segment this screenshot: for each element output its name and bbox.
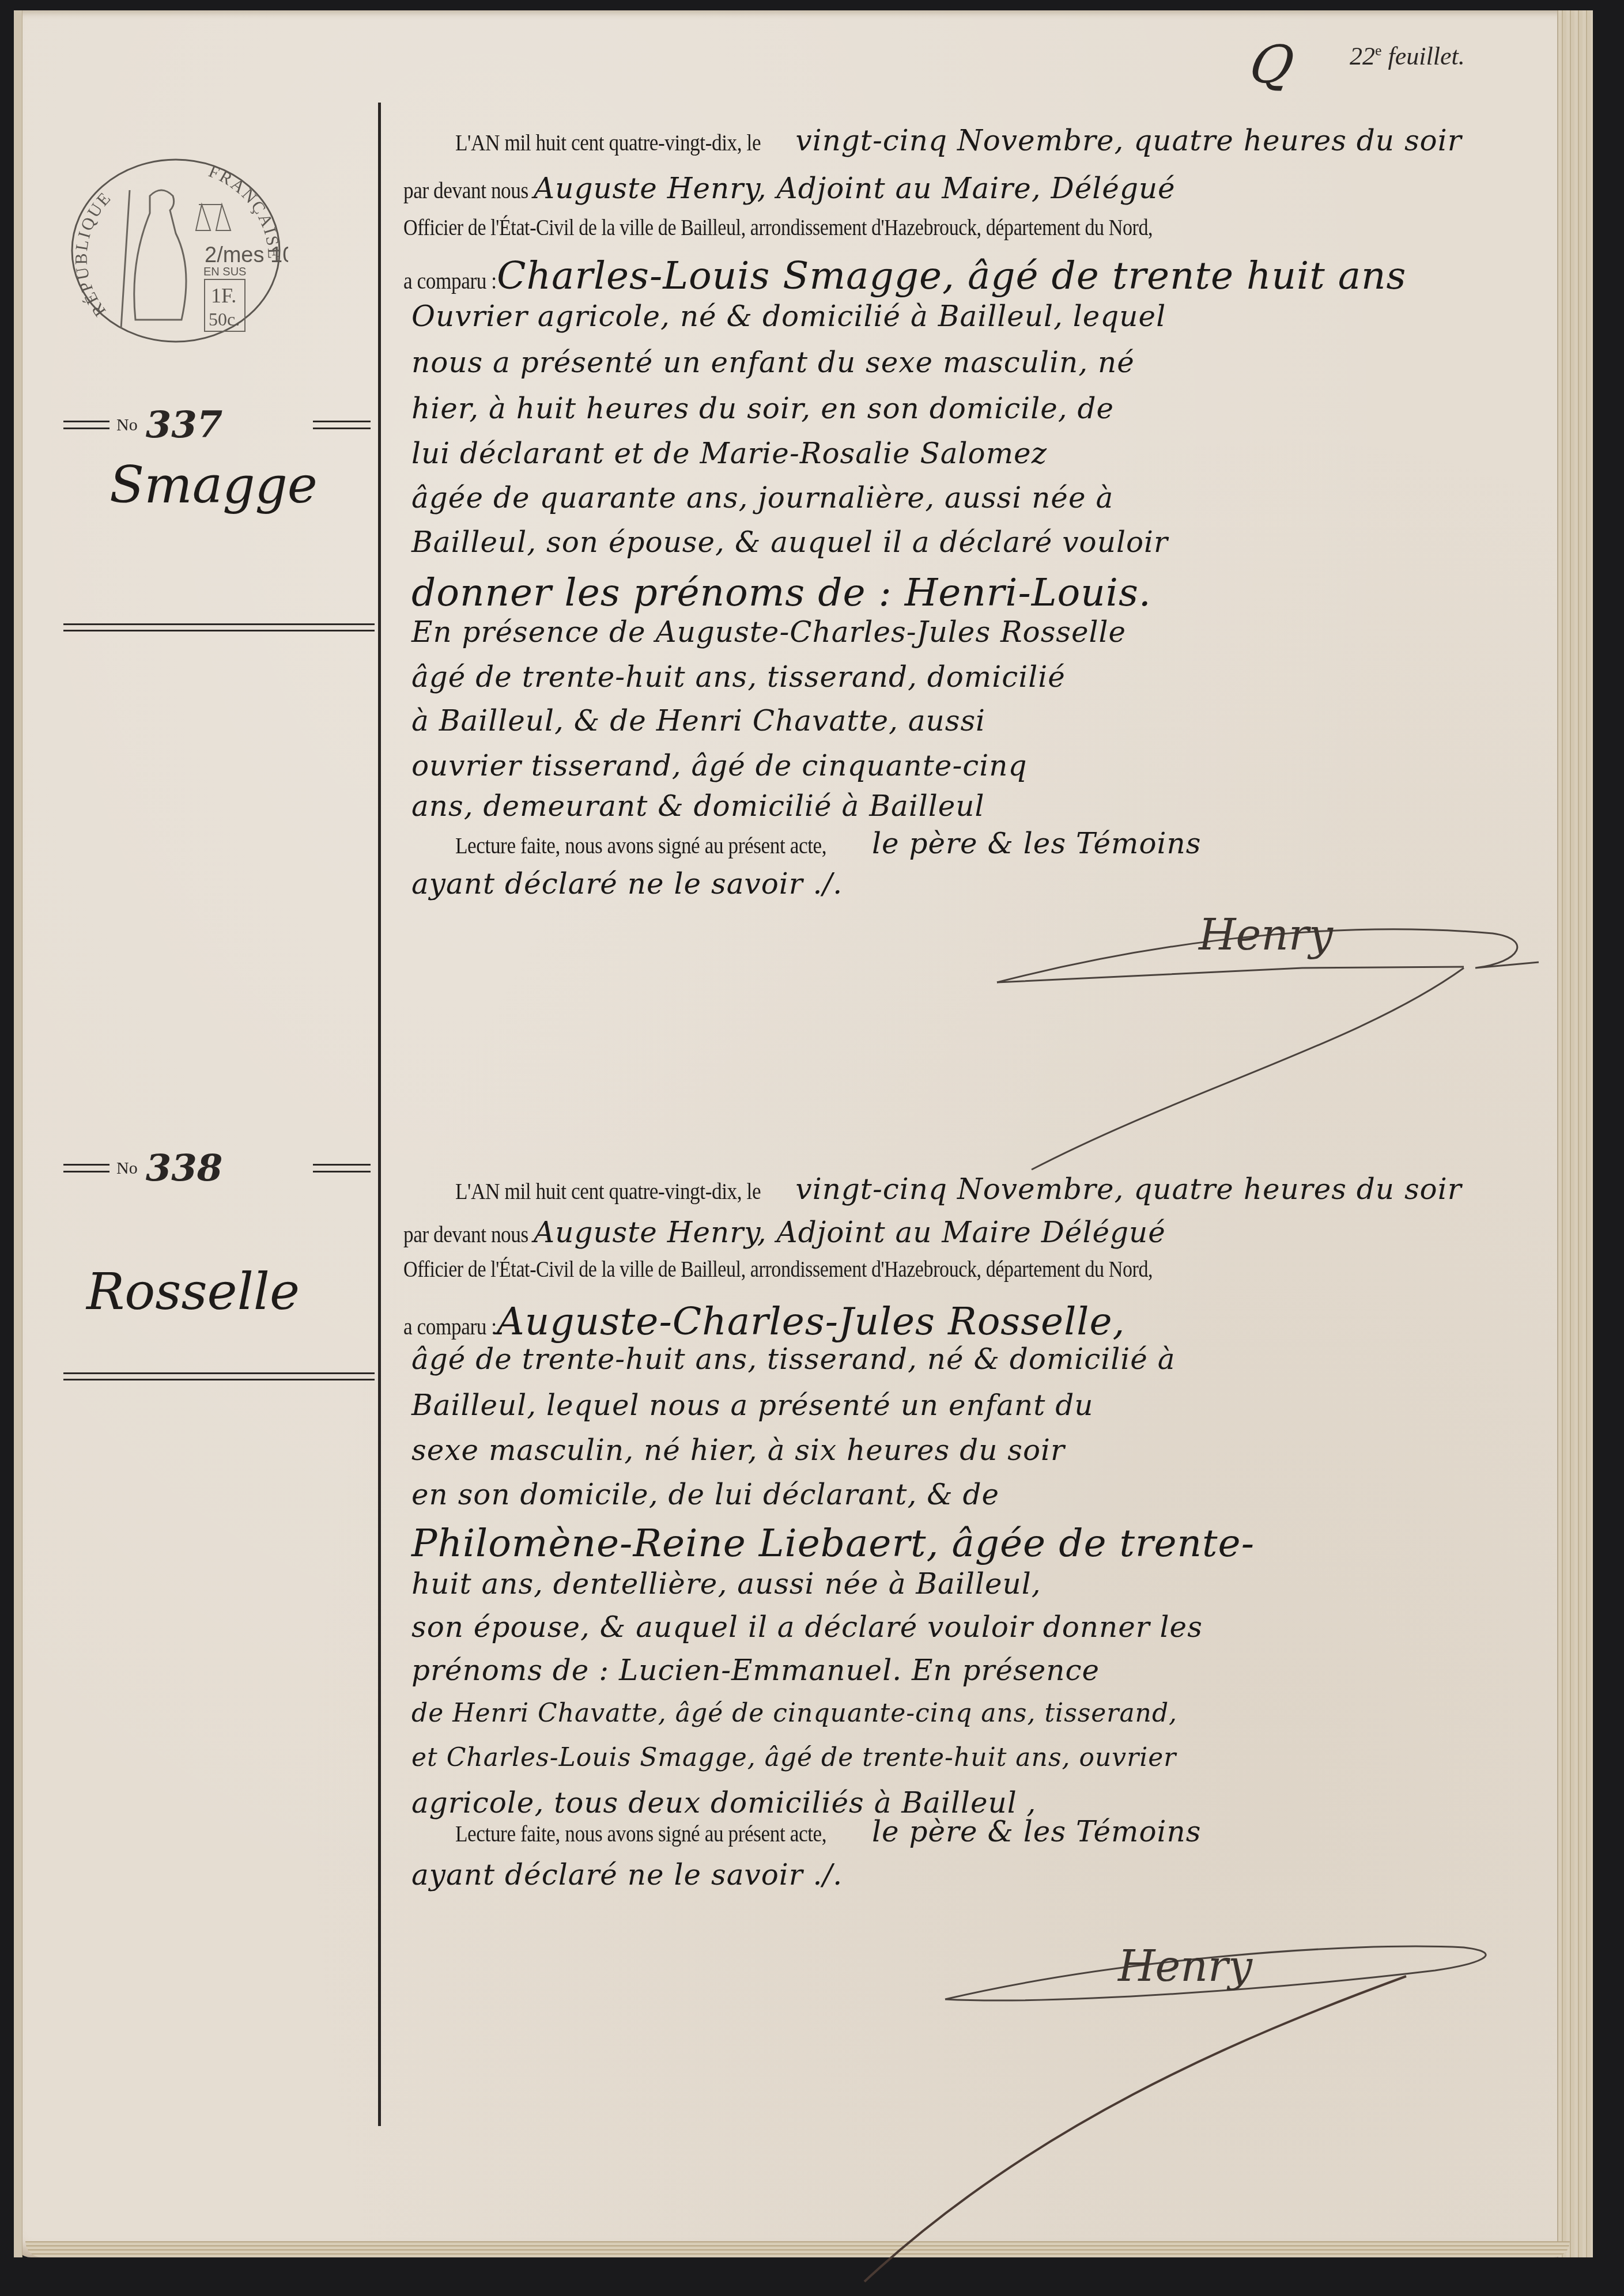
printed-text: Lecture faite, nous avons signé au prése… bbox=[455, 831, 826, 859]
act-line: Lecture faite, nous avons signé au prése… bbox=[403, 1815, 1556, 1848]
handwritten-text: prénoms de : Lucien-Emmanuel. En présenc… bbox=[411, 1654, 1100, 1687]
number-label: No bbox=[116, 1159, 138, 1178]
handwritten-text: âgé de trente-huit ans, tisserand, domic… bbox=[411, 660, 1066, 694]
handwritten-text: vingt-cinq Novembre, quatre heures du so… bbox=[795, 124, 1461, 157]
handwritten-text: Auguste Henry, Adjoint au Maire, Délégué bbox=[534, 172, 1176, 205]
printed-text: L'AN mil huit cent quatre-vingt-dix, le bbox=[455, 128, 761, 156]
handwritten-text: Auguste-Charles-Jules Rosselle, bbox=[497, 1299, 1125, 1344]
act-line: ayant déclaré ne le savoir ./. bbox=[403, 1858, 1556, 1892]
handwritten-text: son épouse, & auquel il a déclaré vouloi… bbox=[411, 1610, 1203, 1644]
handwritten-text: Philomène-Reine Liebaert, âgée de trente… bbox=[411, 1521, 1255, 1565]
handwritten-text: de Henri Chavatte, âgé de cinquante-cinq… bbox=[411, 1699, 1177, 1728]
handwritten-text: en son domicile, de lui déclarant, & de bbox=[411, 1478, 999, 1511]
act-line: lui déclarant et de Marie-Rosalie Salome… bbox=[403, 437, 1556, 470]
handwritten-text: donner les prénoms de : Henri-Louis. bbox=[411, 570, 1151, 615]
folio-suffix: e bbox=[1375, 42, 1382, 59]
divider-left bbox=[63, 1164, 109, 1172]
handwritten-text: le père & les Témoins bbox=[872, 1815, 1201, 1848]
number-label: No bbox=[116, 415, 138, 435]
handwritten-text: âgée de quarante ans, journalière, aussi… bbox=[411, 481, 1113, 515]
act-337-number: No 337 bbox=[63, 403, 371, 447]
marianne-justice-stamp-icon: 2/mes 10 EN SUS 1F. 50c. RÉPUBLIQUE FRAN… bbox=[63, 156, 288, 346]
act-line: par devant nousAuguste Henry, Adjoint au… bbox=[403, 172, 1556, 205]
handwritten-text: Charles-Louis Smagge, âgé de trente huit… bbox=[497, 254, 1406, 298]
handwritten-text: huit ans, dentellière, aussi née à Baill… bbox=[411, 1567, 1041, 1601]
act-line: à Bailleul, & de Henri Chavatte, aussi bbox=[403, 704, 1556, 737]
handwritten-text: Bailleul, son épouse, & auquel il a décl… bbox=[411, 525, 1168, 559]
act-line: âgé de trente-huit ans, tisserand, né & … bbox=[403, 1342, 1556, 1376]
act-line: Bailleul, lequel nous a présenté un enfa… bbox=[403, 1389, 1556, 1422]
margin-vertical-rule bbox=[378, 103, 381, 2126]
handwritten-text: En présence de Auguste-Charles-Jules Ros… bbox=[411, 615, 1126, 649]
act-line: Bailleul, son épouse, & auquel il a décl… bbox=[403, 525, 1556, 559]
svg-text:50c.: 50c. bbox=[209, 309, 240, 330]
divider-left bbox=[63, 421, 109, 429]
act-line: prénoms de : Lucien-Emmanuel. En présenc… bbox=[403, 1654, 1556, 1687]
signature-text: Henry bbox=[1199, 910, 1333, 960]
act-line: En présence de Auguste-Charles-Jules Ros… bbox=[403, 615, 1556, 649]
folio-number: 22e feuillet. bbox=[1350, 41, 1465, 71]
act-line: son épouse, & auquel il a déclaré vouloi… bbox=[403, 1610, 1556, 1644]
act-line: a comparu :Charles-Louis Smagge, âgé de … bbox=[403, 254, 1556, 298]
act-line: donner les prénoms de : Henri-Louis. bbox=[403, 570, 1556, 615]
tax-stamp-seal: 2/mes 10 EN SUS 1F. 50c. RÉPUBLIQUE FRAN… bbox=[63, 156, 288, 346]
printed-text: Lecture faite, nous avons signé au prése… bbox=[455, 1820, 826, 1847]
act-line: L'AN mil huit cent quatre-vingt-dix, lev… bbox=[403, 1172, 1556, 1206]
act-line: hier, à huit heures du soir, en son domi… bbox=[403, 392, 1556, 425]
svg-text:RÉPUBLIQUE: RÉPUBLIQUE bbox=[72, 188, 115, 320]
handwritten-text: le père & les Témoins bbox=[872, 827, 1201, 860]
act-line: Officier de l'État-Civil de la ville de … bbox=[403, 213, 1556, 241]
page-binding-edge bbox=[14, 10, 22, 2257]
svg-text:EN SUS: EN SUS bbox=[203, 266, 246, 278]
act-line: a comparu :Auguste-Charles-Jules Rossell… bbox=[403, 1299, 1556, 1344]
act-line: Lecture faite, nous avons signé au prése… bbox=[403, 827, 1556, 860]
handwritten-text: lui déclarant et de Marie-Rosalie Salome… bbox=[411, 437, 1047, 470]
folio-label: feuillet. bbox=[1388, 42, 1465, 70]
act-337-margin-end-rule bbox=[63, 623, 375, 631]
handwritten-text: Ouvrier agricole, né & domicilié à Baill… bbox=[411, 300, 1166, 333]
act-338-signature: Henry bbox=[887, 1924, 1579, 2273]
handwritten-text: sexe masculin, né hier, à six heures du … bbox=[411, 1433, 1065, 1467]
act-338-number: No 338 bbox=[63, 1147, 371, 1190]
handwritten-text: ayant déclaré ne le savoir ./. bbox=[411, 1858, 843, 1892]
act-line: âgé de trente-huit ans, tisserand, domic… bbox=[403, 660, 1556, 694]
handwritten-text: ans, demeurant & domicilié à Bailleul bbox=[411, 789, 985, 823]
act-line: en son domicile, de lui déclarant, & de bbox=[403, 1478, 1556, 1511]
printed-text: a comparu : bbox=[403, 267, 497, 294]
divider-right bbox=[313, 1164, 371, 1172]
handwritten-text: vingt-cinq Novembre, quatre heures du so… bbox=[795, 1172, 1461, 1206]
printed-text: L'AN mil huit cent quatre-vingt-dix, le bbox=[455, 1177, 761, 1205]
printed-text: par devant nous bbox=[403, 1220, 528, 1248]
handwritten-text: Auguste Henry, Adjoint au Maire Délégué bbox=[534, 1216, 1166, 1249]
handwritten-text: ayant déclaré ne le savoir ./. bbox=[411, 867, 843, 901]
act-line: Officier de l'État-Civil de la ville de … bbox=[403, 1255, 1556, 1283]
printed-text: par devant nous bbox=[403, 176, 528, 204]
act-337-signature: Henry bbox=[957, 899, 1591, 1132]
folio-number-value: 22 bbox=[1350, 42, 1375, 70]
act-line: huit ans, dentellière, aussi née à Baill… bbox=[403, 1567, 1556, 1601]
handwritten-text: à Bailleul, & de Henri Chavatte, aussi bbox=[411, 704, 985, 737]
handwritten-text: nous a présenté un enfant du sexe mascul… bbox=[411, 346, 1135, 379]
act-line: L'AN mil huit cent quatre-vingt-dix, lev… bbox=[403, 124, 1556, 157]
act-line: sexe masculin, né hier, à six heures du … bbox=[403, 1433, 1556, 1467]
act-line: par devant nousAuguste Henry, Adjoint au… bbox=[403, 1216, 1556, 1249]
act-line: ouvrier tisserand, âgé de cinquante-cinq bbox=[403, 749, 1556, 782]
act-line: de Henri Chavatte, âgé de cinquante-cinq… bbox=[403, 1699, 1556, 1728]
act-line: nous a présenté un enfant du sexe mascul… bbox=[403, 346, 1556, 379]
printed-text: a comparu : bbox=[403, 1312, 497, 1340]
act-line: ans, demeurant & domicilié à Bailleul bbox=[403, 789, 1556, 823]
act-line: âgée de quarante ans, journalière, aussi… bbox=[403, 481, 1556, 515]
page-stack-edge bbox=[1557, 10, 1593, 2257]
printed-text: Officier de l'État-Civil de la ville de … bbox=[403, 213, 1153, 241]
handwritten-text: âgé de trente-huit ans, tisserand, né & … bbox=[411, 1342, 1176, 1376]
handwritten-text: hier, à huit heures du soir, en son domi… bbox=[411, 392, 1114, 425]
signature-text: Henry bbox=[1118, 1942, 1252, 1991]
act-line: ayant déclaré ne le savoir ./. bbox=[403, 867, 1556, 901]
printed-text: Officier de l'État-Civil de la ville de … bbox=[403, 1255, 1153, 1283]
divider-right bbox=[313, 421, 371, 429]
handwritten-text: Bailleul, lequel nous a présenté un enfa… bbox=[411, 1389, 1093, 1422]
handwritten-text: et Charles-Louis Smagge, âgé de trente-h… bbox=[411, 1743, 1176, 1772]
act-337-surname: Smagge bbox=[109, 455, 318, 515]
svg-text:1F.: 1F. bbox=[211, 284, 236, 307]
handwritten-text: ouvrier tisserand, âgé de cinquante-cinq bbox=[411, 749, 1028, 782]
act-line: et Charles-Louis Smagge, âgé de trente-h… bbox=[403, 1743, 1556, 1772]
act-338-surname: Rosselle bbox=[86, 1262, 300, 1321]
act-number-value: 337 bbox=[146, 403, 313, 447]
act-338-margin-end-rule bbox=[63, 1372, 375, 1380]
act-number-value: 338 bbox=[146, 1147, 313, 1190]
act-line: Ouvrier agricole, né & domicilié à Baill… bbox=[403, 300, 1556, 333]
act-line: Philomène-Reine Liebaert, âgée de trente… bbox=[403, 1521, 1556, 1565]
